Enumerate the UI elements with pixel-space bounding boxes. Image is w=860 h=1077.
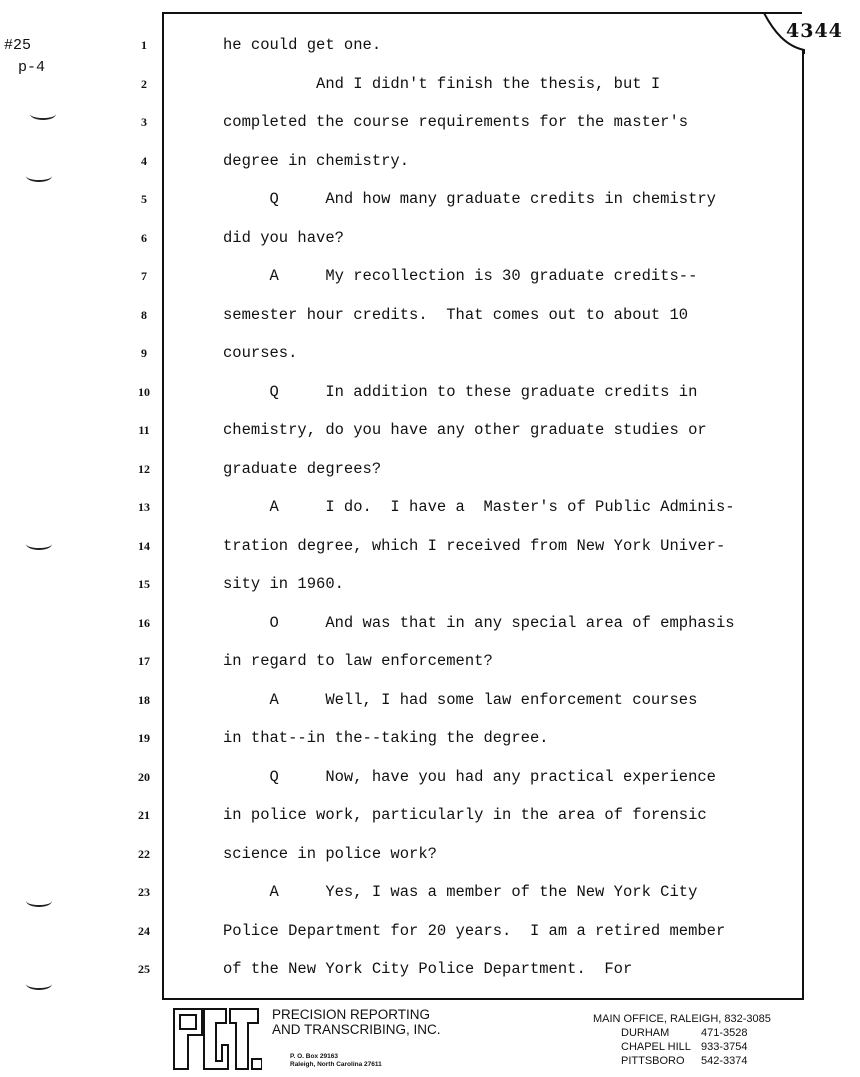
transcript-line: completed the course requirements for th… [223,113,688,131]
line-number: 10 [132,385,156,400]
company-name-line1: PRECISION REPORTING [272,1007,441,1022]
line-number: 15 [132,577,156,592]
binder-hole-mark [26,538,52,550]
transcript-line: A Yes, I was a member of the New York Ci… [223,883,697,901]
transcript-line: of the New York City Police Department. … [223,960,632,978]
transcript-line: Q And how many graduate credits in chemi… [223,190,716,208]
binder-hole-mark [30,108,56,120]
company-name-line2: AND TRANSCRIBING, INC. [272,1022,441,1037]
line-number: 23 [132,885,156,900]
transcript-line: semester hour credits. That comes out to… [223,306,688,324]
line-number: 20 [132,770,156,785]
line-number: 25 [132,962,156,977]
line-number: 19 [132,731,156,746]
binder-hole-mark [26,895,52,907]
transcript-line: O And was that in any special area of em… [223,614,735,632]
transcript-line: courses. [223,344,297,362]
transcript-line: science in police work? [223,845,437,863]
office-phone: 542-3374 [701,1054,748,1068]
line-number: 7 [132,269,156,284]
line-number: 9 [132,346,156,361]
binder-hole-mark [26,170,52,182]
line-number: 2 [132,77,156,92]
po-box-address: P. O. Box 29163 Raleigh, North Carolina … [290,1053,382,1069]
line-number: 14 [132,539,156,554]
office-city: DURHAM [621,1026,701,1040]
transcript-line: chemistry, do you have any other graduat… [223,421,707,439]
line-number: 11 [132,423,156,438]
line-number: 17 [132,654,156,669]
line-number: 16 [132,616,156,631]
line-number: 24 [132,924,156,939]
main-office: MAIN OFFICE, RALEIGH, 832-3085 [593,1012,771,1026]
page-reference: p-4 [18,58,45,78]
transcript-line: A Well, I had some law enforcement cours… [223,691,697,709]
office-row: PITTSBORO542-3374 [621,1054,771,1068]
line-number: 4 [132,154,156,169]
office-city: CHAPEL HILL [621,1040,701,1054]
office-directory: MAIN OFFICE, RALEIGH, 832-3085 DURHAM471… [593,1012,771,1068]
line-number: 5 [132,192,156,207]
line-number: 6 [132,231,156,246]
line-number: 13 [132,500,156,515]
transcript-line: A I do. I have a Master's of Public Admi… [223,498,735,516]
company-logo-icon [172,1005,262,1071]
transcript-line: he could get one. [223,36,381,54]
office-phone: 933-3754 [701,1040,748,1054]
line-number: 1 [132,38,156,53]
transcript-line: degree in chemistry. [223,152,409,170]
office-row: CHAPEL HILL933-3754 [621,1040,771,1054]
transcript-line: A My recollection is 30 graduate credits… [223,267,697,285]
page-number: 4344 [786,20,843,42]
office-phone: 471-3528 [701,1026,748,1040]
line-number: 18 [132,693,156,708]
transcript-line: Police Department for 20 years. I am a r… [223,922,725,940]
company-name: PRECISION REPORTING AND TRANSCRIBING, IN… [272,1007,441,1037]
transcript-line: And I didn't finish the thesis, but I [223,75,660,93]
transcript-line: tration degree, which I received from Ne… [223,537,725,555]
line-number: 12 [132,462,156,477]
line-number: 21 [132,808,156,823]
office-row: DURHAM471-3528 [621,1026,771,1040]
transcript-line: Q In addition to these graduate credits … [223,383,697,401]
transcript-line: Q Now, have you had any practical experi… [223,768,716,786]
transcript-line: graduate degrees? [223,460,381,478]
transcript-line: in police work, particularly in the area… [223,806,707,824]
office-city: PITTSBORO [621,1054,701,1068]
line-number: 3 [132,115,156,130]
binder-hole-mark [26,978,52,990]
transcript-line: did you have? [223,229,344,247]
exhibit-number: #25 [4,36,31,56]
transcript-frame-right-edge [802,50,804,1000]
po-box-line1: P. O. Box 29163 [290,1053,382,1061]
transcript-line: in that--in the--taking the degree. [223,729,549,747]
po-box-line2: Raleigh, North Carolina 27611 [290,1061,382,1069]
line-number: 22 [132,847,156,862]
line-number: 8 [132,308,156,323]
transcript-line: sity in 1960. [223,575,344,593]
transcript-line: in regard to law enforcement? [223,652,493,670]
